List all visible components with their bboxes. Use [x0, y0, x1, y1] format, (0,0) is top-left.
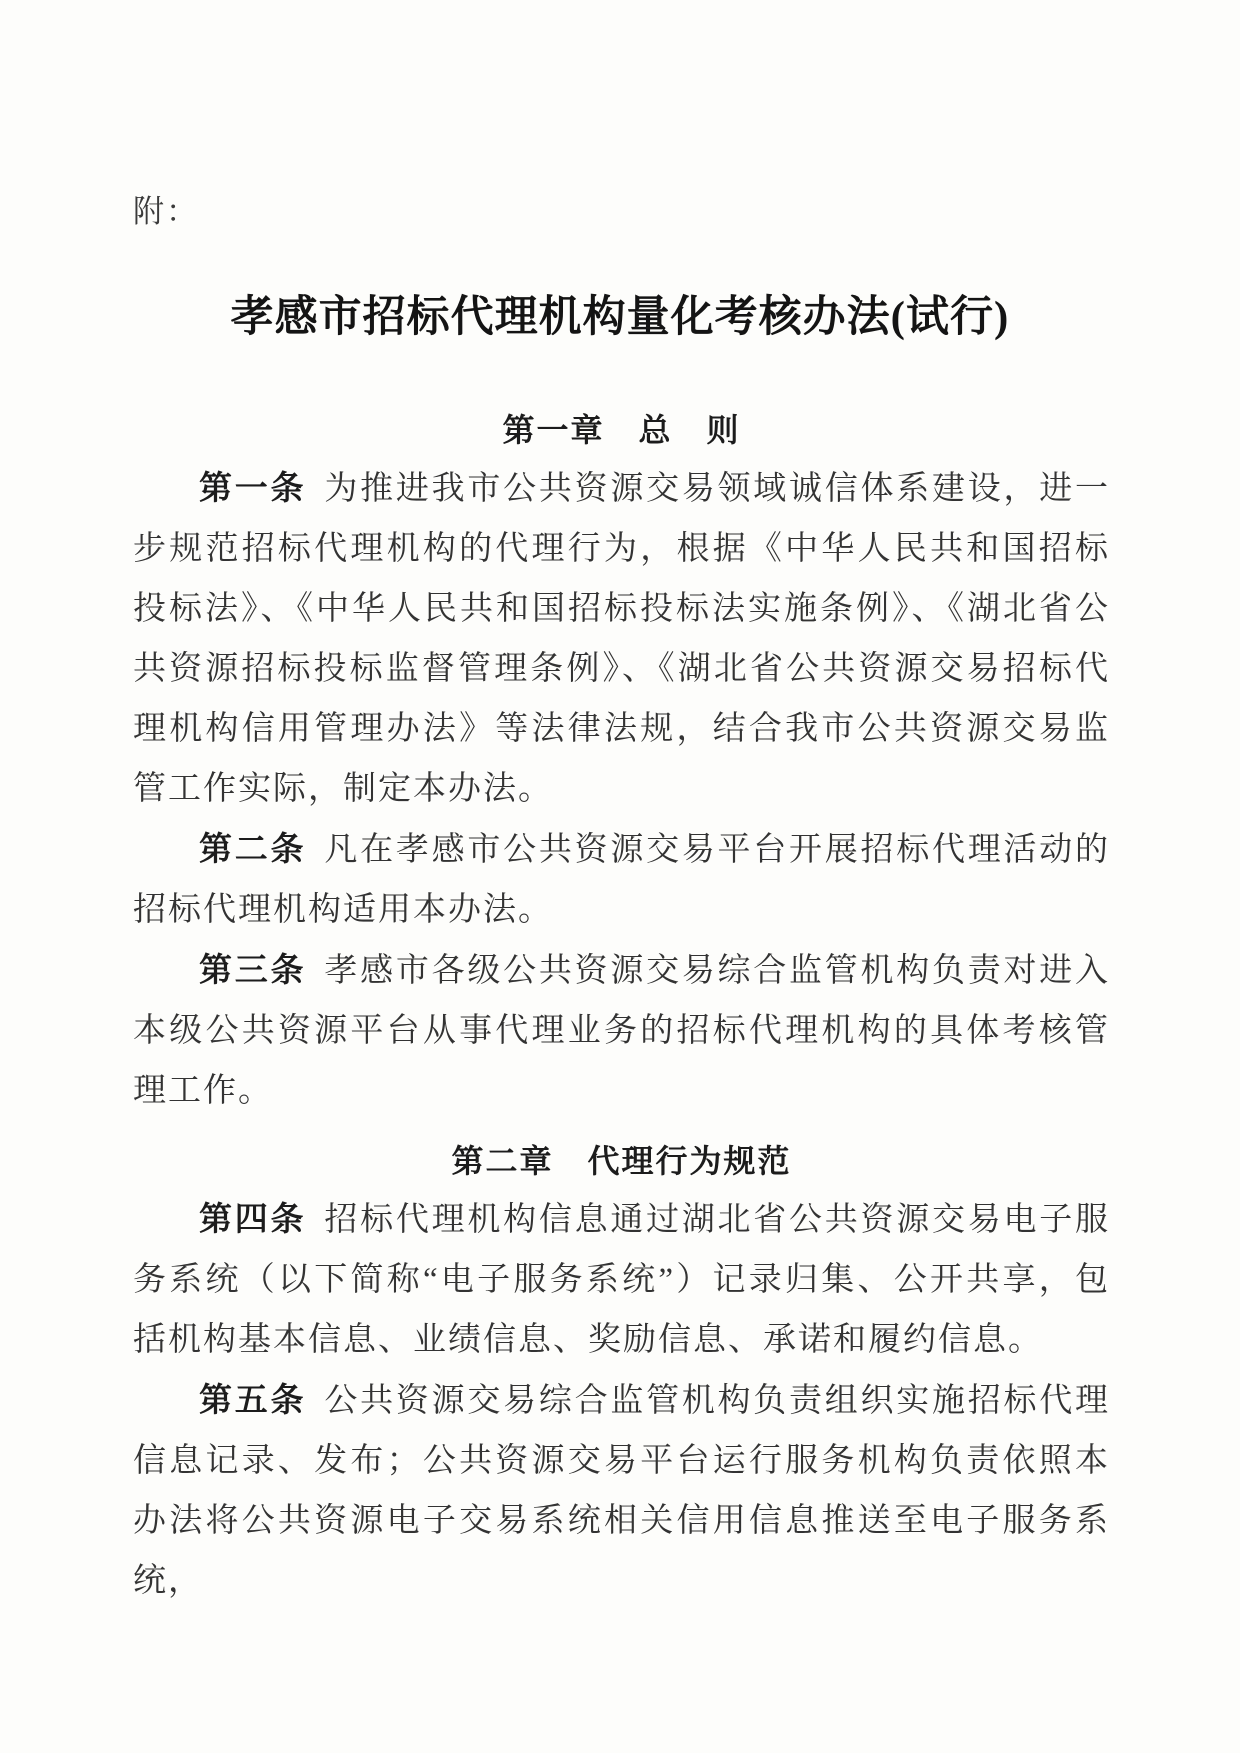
article-paragraph: 第二条凡在孝感市公共资源交易平台开展招标代理活动的招标代理机构适用本办法。	[133, 819, 1110, 940]
chapter-heading: 第二章 代理行为规范	[133, 1135, 1110, 1187]
document-title: 孝感市招标代理机构量化考核办法(试行)	[0, 283, 1240, 344]
article-text: 为推进我市公共资源交易领域诚信体系建设，进一步规范招标代理机构的代理行为，根据《…	[133, 471, 1110, 807]
article-number: 第四条	[199, 1200, 306, 1237]
article-paragraph: 第三条孝感市各级公共资源交易综合监管机构负责对进入本级公共资源平台从事代理业务的…	[133, 940, 1110, 1121]
article-number: 第二条	[199, 830, 306, 867]
attachment-label: 附：	[133, 186, 199, 231]
article-paragraph: 第四条招标代理机构信息通过湖北省公共资源交易电子服务系统（以下简称“电子服务系统…	[133, 1189, 1110, 1370]
article-number: 第一条	[199, 469, 306, 506]
article-number: 第五条	[199, 1381, 306, 1418]
document-page: 附： 孝感市招标代理机构量化考核办法(试行) 第一章 总 则第一条为推进我市公共…	[0, 0, 1240, 1753]
article-number: 第三条	[199, 951, 306, 988]
document-body: 第一章 总 则第一条为推进我市公共资源交易领域诚信体系建设，进一步规范招标代理机…	[133, 404, 1110, 1611]
chapter-heading: 第一章 总 则	[133, 404, 1110, 456]
article-paragraph: 第五条公共资源交易综合监管机构负责组织实施招标代理信息记录、发布；公共资源交易平…	[133, 1370, 1110, 1611]
article-paragraph: 第一条为推进我市公共资源交易领域诚信体系建设，进一步规范招标代理机构的代理行为，…	[133, 458, 1110, 819]
